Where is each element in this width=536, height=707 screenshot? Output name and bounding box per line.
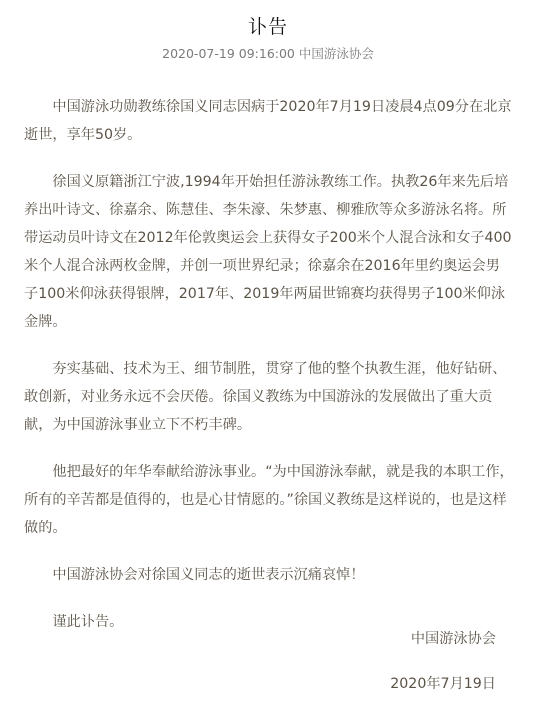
paragraph-announcement: 中国游泳功勋教练徐国义同志因病于2020年7月19日凌晨4点09分在北京逝世，享…: [24, 93, 514, 149]
article-body: 中国游泳功勋教练徐国义同志因病于2020年7月19日凌晨4点09分在北京逝世，享…: [24, 93, 514, 655]
paragraph-philosophy: 夯实基础、技术为王、细节制胜，贯穿了他的整个执教生涯，他好钻研、敢创新，对业务永…: [24, 355, 514, 439]
page-title: 讣告: [0, 12, 536, 39]
signature-org: 中国游泳协会: [411, 628, 496, 648]
paragraph-quote: 他把最好的年华奉献给游泳事业。“为中国游泳奉献，就是我的本职工作，所有的辛苦都是…: [24, 458, 514, 542]
publish-meta: 2020-07-19 09:16:00 中国游泳协会: [0, 44, 536, 62]
paragraph-career: 徐国义原籍浙江宁波,1994年开始担任游泳教练工作。执教26年来先后培养出叶诗文…: [24, 168, 514, 336]
signature-date: 2020年7月19日: [390, 673, 496, 693]
paragraph-condolence: 中国游泳协会对徐国义同志的逝世表示沉痛哀悼！: [24, 561, 514, 589]
